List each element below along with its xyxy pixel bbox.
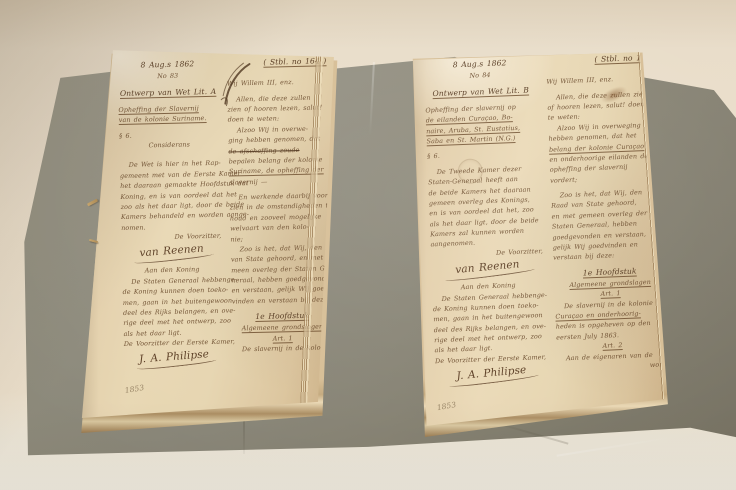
manuscript-line: Suriname, de opheffing der: [229, 165, 329, 178]
manuscript-line: Considerans: [119, 139, 219, 152]
manuscript-line: Ontwerp van Wet Lit. A: [118, 85, 218, 100]
photo-scene: 8 Aug.s 1862No 83Ontwerp van Wet Lit. AO…: [0, 0, 736, 490]
manuscript-line: § 6.: [427, 148, 539, 163]
column-left: 8 Aug.s 1862No 83Ontwerp van Wet Lit. AO…: [117, 58, 225, 430]
manuscript-line: 1853: [436, 397, 468, 414]
manuscript-paper: 8 Aug.s 1862No 83Ontwerp van Wet Lit. AO…: [75, 44, 340, 428]
manuscript-paper: 8 Aug.s 1862No 84Ontwerp van Wet Lit. BO…: [405, 46, 675, 432]
manuscript-left: 8 Aug.s 1862No 83Ontwerp van Wet Lit. AO…: [75, 44, 340, 428]
manuscript-line: ging hebben genomen, dat: [228, 133, 328, 146]
manuscript-line: vinden en verstaan bij deze:: [232, 294, 332, 307]
mat-fold-highlight: [557, 437, 668, 456]
column-left: 8 Aug.s 1862No 84Ontwerp van Wet Lit. BO…: [423, 56, 549, 436]
manuscript-line: No 83: [118, 70, 218, 83]
manuscript-text: 8 Aug.s 1862No 84Ontwerp van Wet Lit. BO…: [405, 41, 690, 437]
manuscript-line: slavernij —: [229, 175, 329, 188]
manuscript-line: Ontwerp van Wet Lit. B: [425, 84, 537, 101]
manuscript-line: 2o.: [233, 358, 333, 371]
manuscript-line: J. A. Philipse: [124, 346, 225, 370]
manuscript-line: 1853: [124, 381, 156, 398]
pen-flourish: [217, 61, 252, 108]
manuscript-text: 8 Aug.s 1862No 83Ontwerp van Wet Lit. AO…: [75, 41, 349, 431]
manuscript-line: De slavernij in de kolonie: [233, 342, 333, 355]
column-right: ( Stbl. no 164 )Wij Willem III, enz.Alle…: [226, 55, 334, 427]
manuscript-right: 8 Aug.s 1862No 84Ontwerp van Wet Lit. BO…: [405, 46, 675, 432]
column-right: ( Stbl. no 165 )Wij Willem III, enz.Alle…: [545, 52, 671, 432]
manuscript-line: van de kolonie Suriname.: [119, 113, 219, 126]
manuscript-line: van Reenen: [121, 240, 222, 264]
